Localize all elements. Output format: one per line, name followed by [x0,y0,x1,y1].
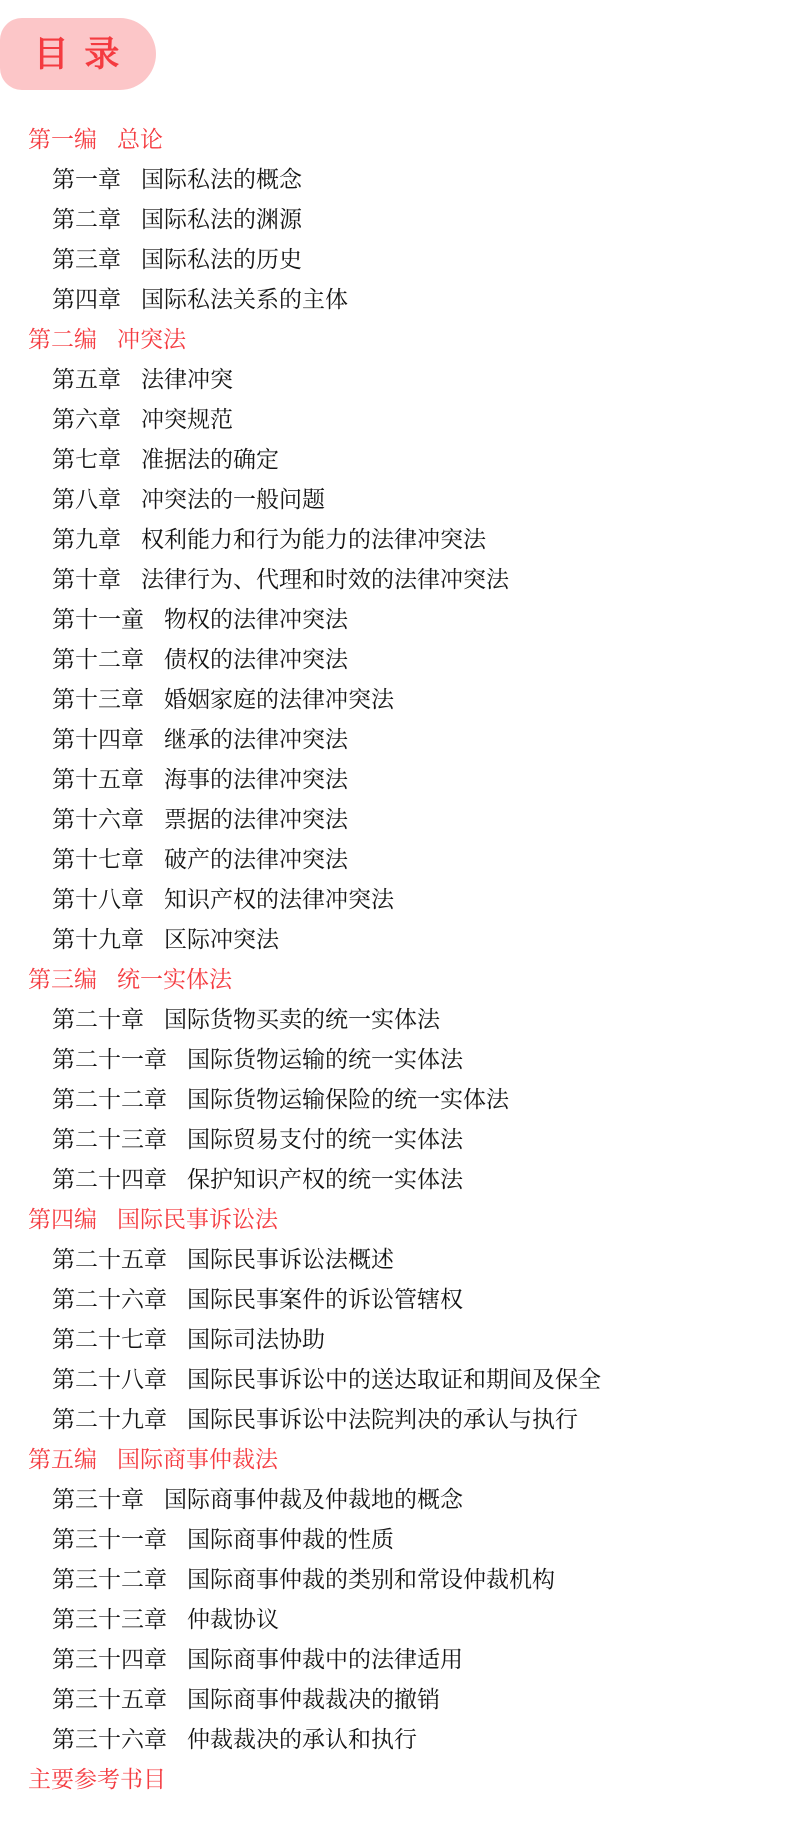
chapter-number: 第三十四章 [52,1641,167,1674]
toc-chapter-entry: 第十章法律行为、代理和时效的法律冲突法 [0,557,790,597]
page-title: 目 录 [34,37,123,72]
chapter-title: 仲裁裁决的承认和执行 [187,1721,417,1754]
toc-chapter-entry: 第四章国际私法关系的主体 [0,277,790,317]
chapter-number: 第三十二章 [52,1561,167,1594]
chapter-title: 法律冲突 [141,361,233,394]
chapter-title: 冲突规范 [141,401,233,434]
chapter-title: 知识产权的法律冲突法 [164,881,394,914]
chapter-number: 第十九章 [52,921,144,954]
chapter-number: 第二十六章 [52,1281,167,1314]
chapter-title: 仲裁协议 [187,1601,279,1634]
toc-chapter-entry: 第二十六章国际民事案件的诉讼管辖权 [0,1277,790,1317]
toc-chapter-entry: 第二十七章国际司法协助 [0,1317,790,1357]
toc-chapter-entry: 第二十一章国际货物运输的统一实体法 [0,1037,790,1077]
toc-chapter-entry: 第二章国际私法的渊源 [0,197,790,237]
chapter-title: 债权的法律冲突法 [164,641,348,674]
toc-chapter-entry: 第六章冲突规范 [0,397,790,437]
chapter-title: 国际民事诉讼中的送达取证和期间及保全 [187,1361,601,1394]
toc-chapter-entry: 第一章国际私法的概念 [0,157,790,197]
chapter-title: 物权的法律冲突法 [164,601,348,634]
bibliography-label: 主要参考书目 [28,1761,166,1794]
chapter-title: 国际商事仲裁中的法律适用 [187,1641,463,1674]
toc-chapter-entry: 第二十五章国际民事诉讼法概述 [0,1237,790,1277]
toc-chapter-entry: 第十七章破产的法律冲突法 [0,837,790,877]
chapter-number: 第十二章 [52,641,144,674]
chapter-number: 第十一童 [52,601,144,634]
toc-list: 第一编总论第一章国际私法的概念第二章国际私法的渊源第三章国际私法的历史第四章国际… [0,117,790,1757]
chapter-title: 区际冲突法 [164,921,279,954]
toc-chapter-entry: 第五章法律冲突 [0,357,790,397]
chapter-number: 第二十九章 [52,1401,167,1434]
chapter-title: 国际司法协助 [187,1321,325,1354]
chapter-number: 第十四章 [52,721,144,754]
toc-chapter-entry: 第三章国际私法的历史 [0,237,790,277]
chapter-number: 第十五章 [52,761,144,794]
toc-chapter-entry: 第十二章债权的法律冲突法 [0,637,790,677]
toc-chapter-entry: 第二十九章国际民事诉讼中法院判决的承认与执行 [0,1397,790,1437]
toc-chapter-entry: 第三十二章国际商事仲裁的类别和常设仲裁机构 [0,1557,790,1597]
chapter-title: 冲突法的一般问题 [141,481,325,514]
chapter-number: 第九章 [52,521,121,554]
toc-chapter-entry: 第八章冲突法的一般问题 [0,477,790,517]
chapter-title: 票据的法律冲突法 [164,801,348,834]
chapter-title: 保护知识产权的统一实体法 [187,1161,463,1194]
section-number: 第一编 [28,121,97,154]
toc-chapter-entry: 第二十二章国际货物运输保险的统一实体法 [0,1077,790,1117]
toc-chapter-entry: 第十八章知识产权的法律冲突法 [0,877,790,917]
chapter-number: 第三十六章 [52,1721,167,1754]
toc-chapter-entry: 第二十八章国际民事诉讼中的送达取证和期间及保全 [0,1357,790,1397]
toc-chapter-entry: 第十四章继承的法律冲突法 [0,717,790,757]
bibliography-heading: 主要参考书目 [0,1757,790,1797]
chapter-number: 第三章 [52,241,121,274]
chapter-title: 继承的法律冲突法 [164,721,348,754]
chapter-title: 准据法的确定 [141,441,279,474]
chapter-title: 婚姻家庭的法律冲突法 [164,681,394,714]
toc-chapter-entry: 第十三章婚姻家庭的法律冲突法 [0,677,790,717]
toc-chapter-entry: 第二十三章国际贸易支付的统一实体法 [0,1117,790,1157]
chapter-number: 第二十七章 [52,1321,167,1354]
toc-section-heading: 第一编总论 [0,117,790,157]
toc-section-heading: 第三编统一实体法 [0,957,790,997]
section-number: 第四编 [28,1201,97,1234]
toc-chapter-entry: 第三十章国际商事仲裁及仲裁地的概念 [0,1477,790,1517]
section-title: 统一实体法 [117,961,232,994]
toc-chapter-entry: 第十一童物权的法律冲突法 [0,597,790,637]
chapter-title: 国际私法的历史 [141,241,302,274]
toc-section-heading: 第二编冲突法 [0,317,790,357]
chapter-title: 国际商事仲裁裁决的撤销 [187,1681,440,1714]
section-number: 第五编 [28,1441,97,1474]
chapter-number: 第三十五章 [52,1681,167,1714]
chapter-number: 第十七章 [52,841,144,874]
toc-page: 目 录 第一编总论第一章国际私法的概念第二章国际私法的渊源第三章国际私法的历史第… [0,18,790,1797]
chapter-title: 国际商事仲裁的性质 [187,1521,394,1554]
toc-chapter-entry: 第二十章国际货物买卖的统一实体法 [0,997,790,1037]
section-title: 冲突法 [117,321,186,354]
chapter-title: 国际货物运输保险的统一实体法 [187,1081,509,1114]
toc-chapter-entry: 第十五章海事的法律冲突法 [0,757,790,797]
chapter-title: 国际货物买卖的统一实体法 [164,1001,440,1034]
toc-chapter-entry: 第二十四章保护知识产权的统一实体法 [0,1157,790,1197]
chapter-number: 第二十四章 [52,1161,167,1194]
chapter-number: 第二十一章 [52,1041,167,1074]
chapter-title: 法律行为、代理和时效的法律冲突法 [141,561,509,594]
toc-chapter-entry: 第十六章票据的法律冲突法 [0,797,790,837]
toc-chapter-entry: 第三十三章仲裁协议 [0,1597,790,1637]
chapter-number: 第八章 [52,481,121,514]
chapter-title: 国际民事诉讼中法院判决的承认与执行 [187,1401,578,1434]
chapter-number: 第六章 [52,401,121,434]
chapter-title: 破产的法律冲突法 [164,841,348,874]
chapter-number: 第十三章 [52,681,144,714]
section-title: 国际民事诉讼法 [117,1201,278,1234]
chapter-number: 第四章 [52,281,121,314]
chapter-number: 第二十八章 [52,1361,167,1394]
chapter-number: 第三十三章 [52,1601,167,1634]
section-number: 第二编 [28,321,97,354]
chapter-number: 第二十五章 [52,1241,167,1274]
chapter-number: 第十八章 [52,881,144,914]
toc-section-heading: 第五编国际商事仲裁法 [0,1437,790,1477]
chapter-number: 第二章 [52,201,121,234]
toc-chapter-entry: 第十九章区际冲突法 [0,917,790,957]
chapter-number: 第二十二章 [52,1081,167,1114]
toc-chapter-entry: 第九章权利能力和行为能力的法律冲突法 [0,517,790,557]
chapter-number: 第二十三章 [52,1121,167,1154]
chapter-number: 第三十一章 [52,1521,167,1554]
chapter-title: 国际商事仲裁的类别和常设仲裁机构 [187,1561,555,1594]
chapter-title: 国际私法关系的主体 [141,281,348,314]
chapter-title: 国际私法的概念 [141,161,302,194]
toc-chapter-entry: 第三十一章国际商事仲裁的性质 [0,1517,790,1557]
chapter-title: 国际贸易支付的统一实体法 [187,1121,463,1154]
chapter-title: 国际货物运输的统一实体法 [187,1041,463,1074]
chapter-title: 国际商事仲裁及仲裁地的概念 [164,1481,463,1514]
toc-chapter-entry: 第七章准据法的确定 [0,437,790,477]
toc-chapter-entry: 第三十六章仲裁裁决的承认和执行 [0,1717,790,1757]
chapter-title: 权利能力和行为能力的法律冲突法 [141,521,486,554]
section-title: 国际商事仲裁法 [117,1441,278,1474]
chapter-title: 国际民事诉讼法概述 [187,1241,394,1274]
toc-section-heading: 第四编国际民事诉讼法 [0,1197,790,1237]
chapter-number: 第十六章 [52,801,144,834]
chapter-title: 国际私法的渊源 [141,201,302,234]
toc-chapter-entry: 第三十五章国际商事仲裁裁决的撤销 [0,1677,790,1717]
section-title: 总论 [117,121,163,154]
chapter-number: 第三十章 [52,1481,144,1514]
chapter-number: 第七章 [52,441,121,474]
chapter-title: 海事的法律冲突法 [164,761,348,794]
chapter-number: 第二十章 [52,1001,144,1034]
toc-chapter-entry: 第三十四章国际商事仲裁中的法律适用 [0,1637,790,1677]
section-number: 第三编 [28,961,97,994]
toc-header-badge: 目 录 [0,18,156,90]
chapter-number: 第十章 [52,561,121,594]
chapter-number: 第五章 [52,361,121,394]
chapter-number: 第一章 [52,161,121,194]
chapter-title: 国际民事案件的诉讼管辖权 [187,1281,463,1314]
